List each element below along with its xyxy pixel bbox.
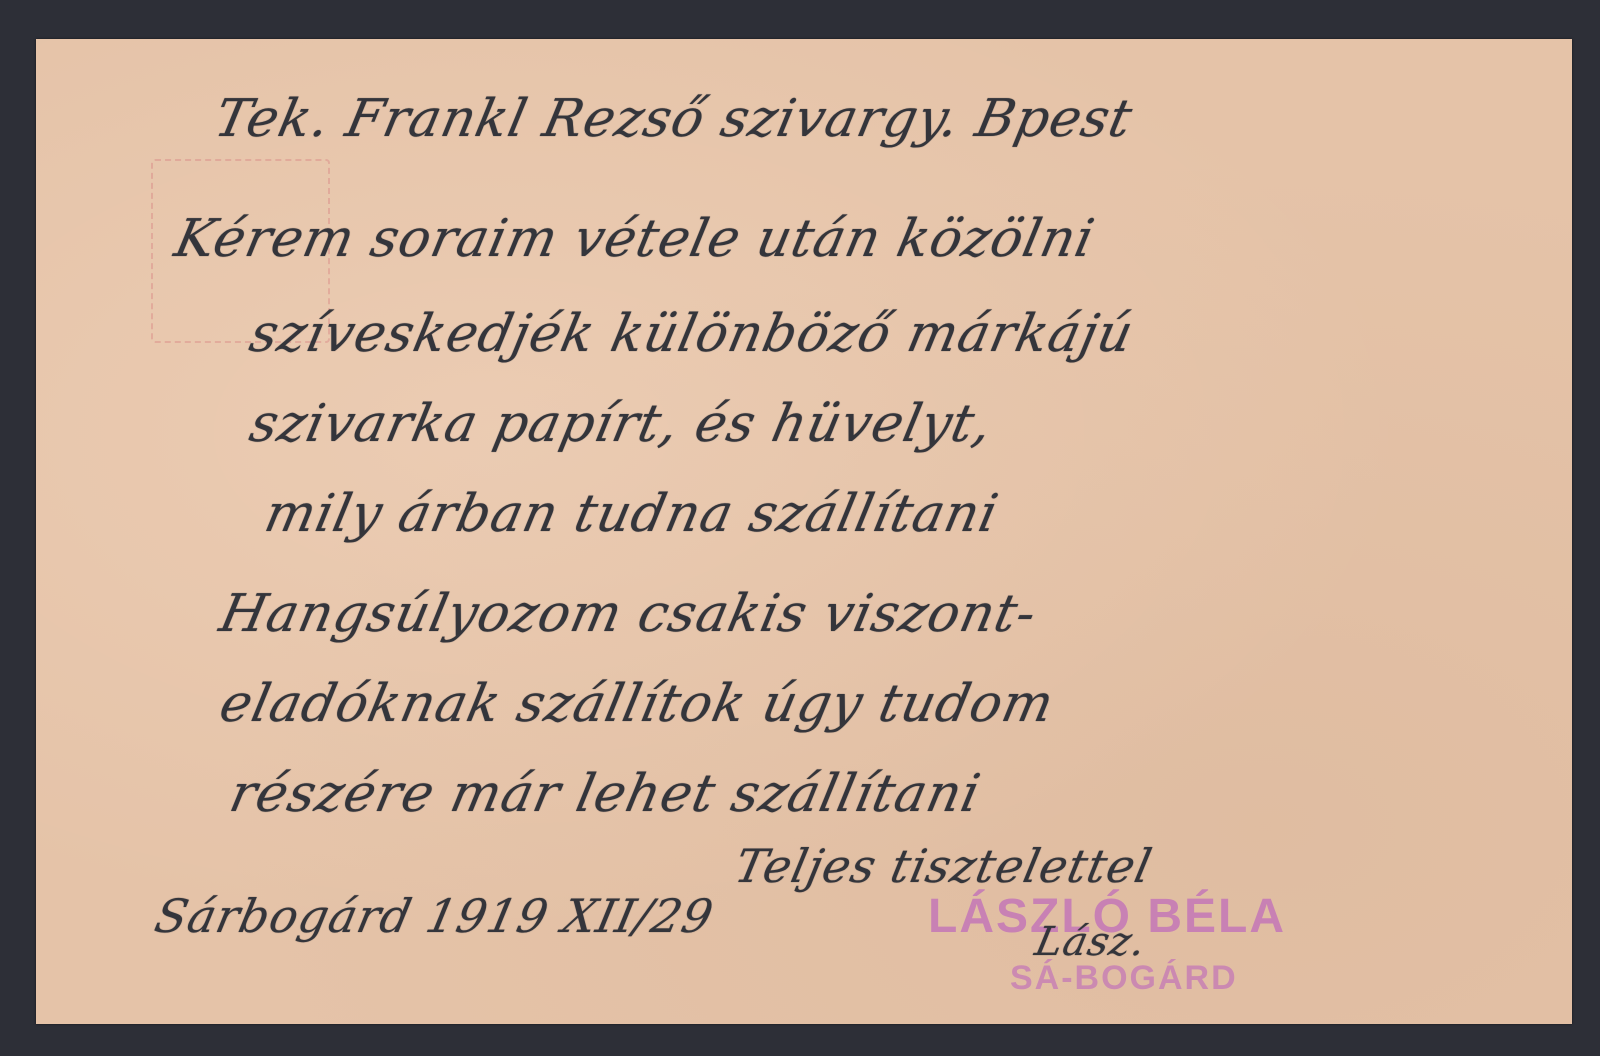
handwritten-line-2: Kérem soraim vétele után közölni xyxy=(170,209,1100,269)
handwritten-line-5: mily árban tudna szállítani xyxy=(260,484,1004,544)
postcard: Tek. Frankl Rezső szivargy. Bpest Kérem … xyxy=(36,39,1572,1024)
handwritten-line-4: szivarka papírt, és hüvelyt, xyxy=(245,394,998,454)
closing-text: Teljes tisztelettel xyxy=(730,839,1157,893)
signature: Lász. xyxy=(1031,919,1151,965)
place-date: Sárbogárd 1919 XII/29 xyxy=(150,889,718,943)
handwritten-line-8: részére már lehet szállítani xyxy=(225,764,986,824)
handwritten-line-1: Tek. Frankl Rezső szivargy. Bpest xyxy=(210,89,1138,149)
handwritten-line-7: eladóknak szállítok úgy tudom xyxy=(215,674,1060,734)
handwritten-line-3: szíveskedjék különböző márkájú xyxy=(245,304,1139,364)
handwritten-line-6: Hangsúlyozom csakis viszont- xyxy=(215,584,1042,644)
